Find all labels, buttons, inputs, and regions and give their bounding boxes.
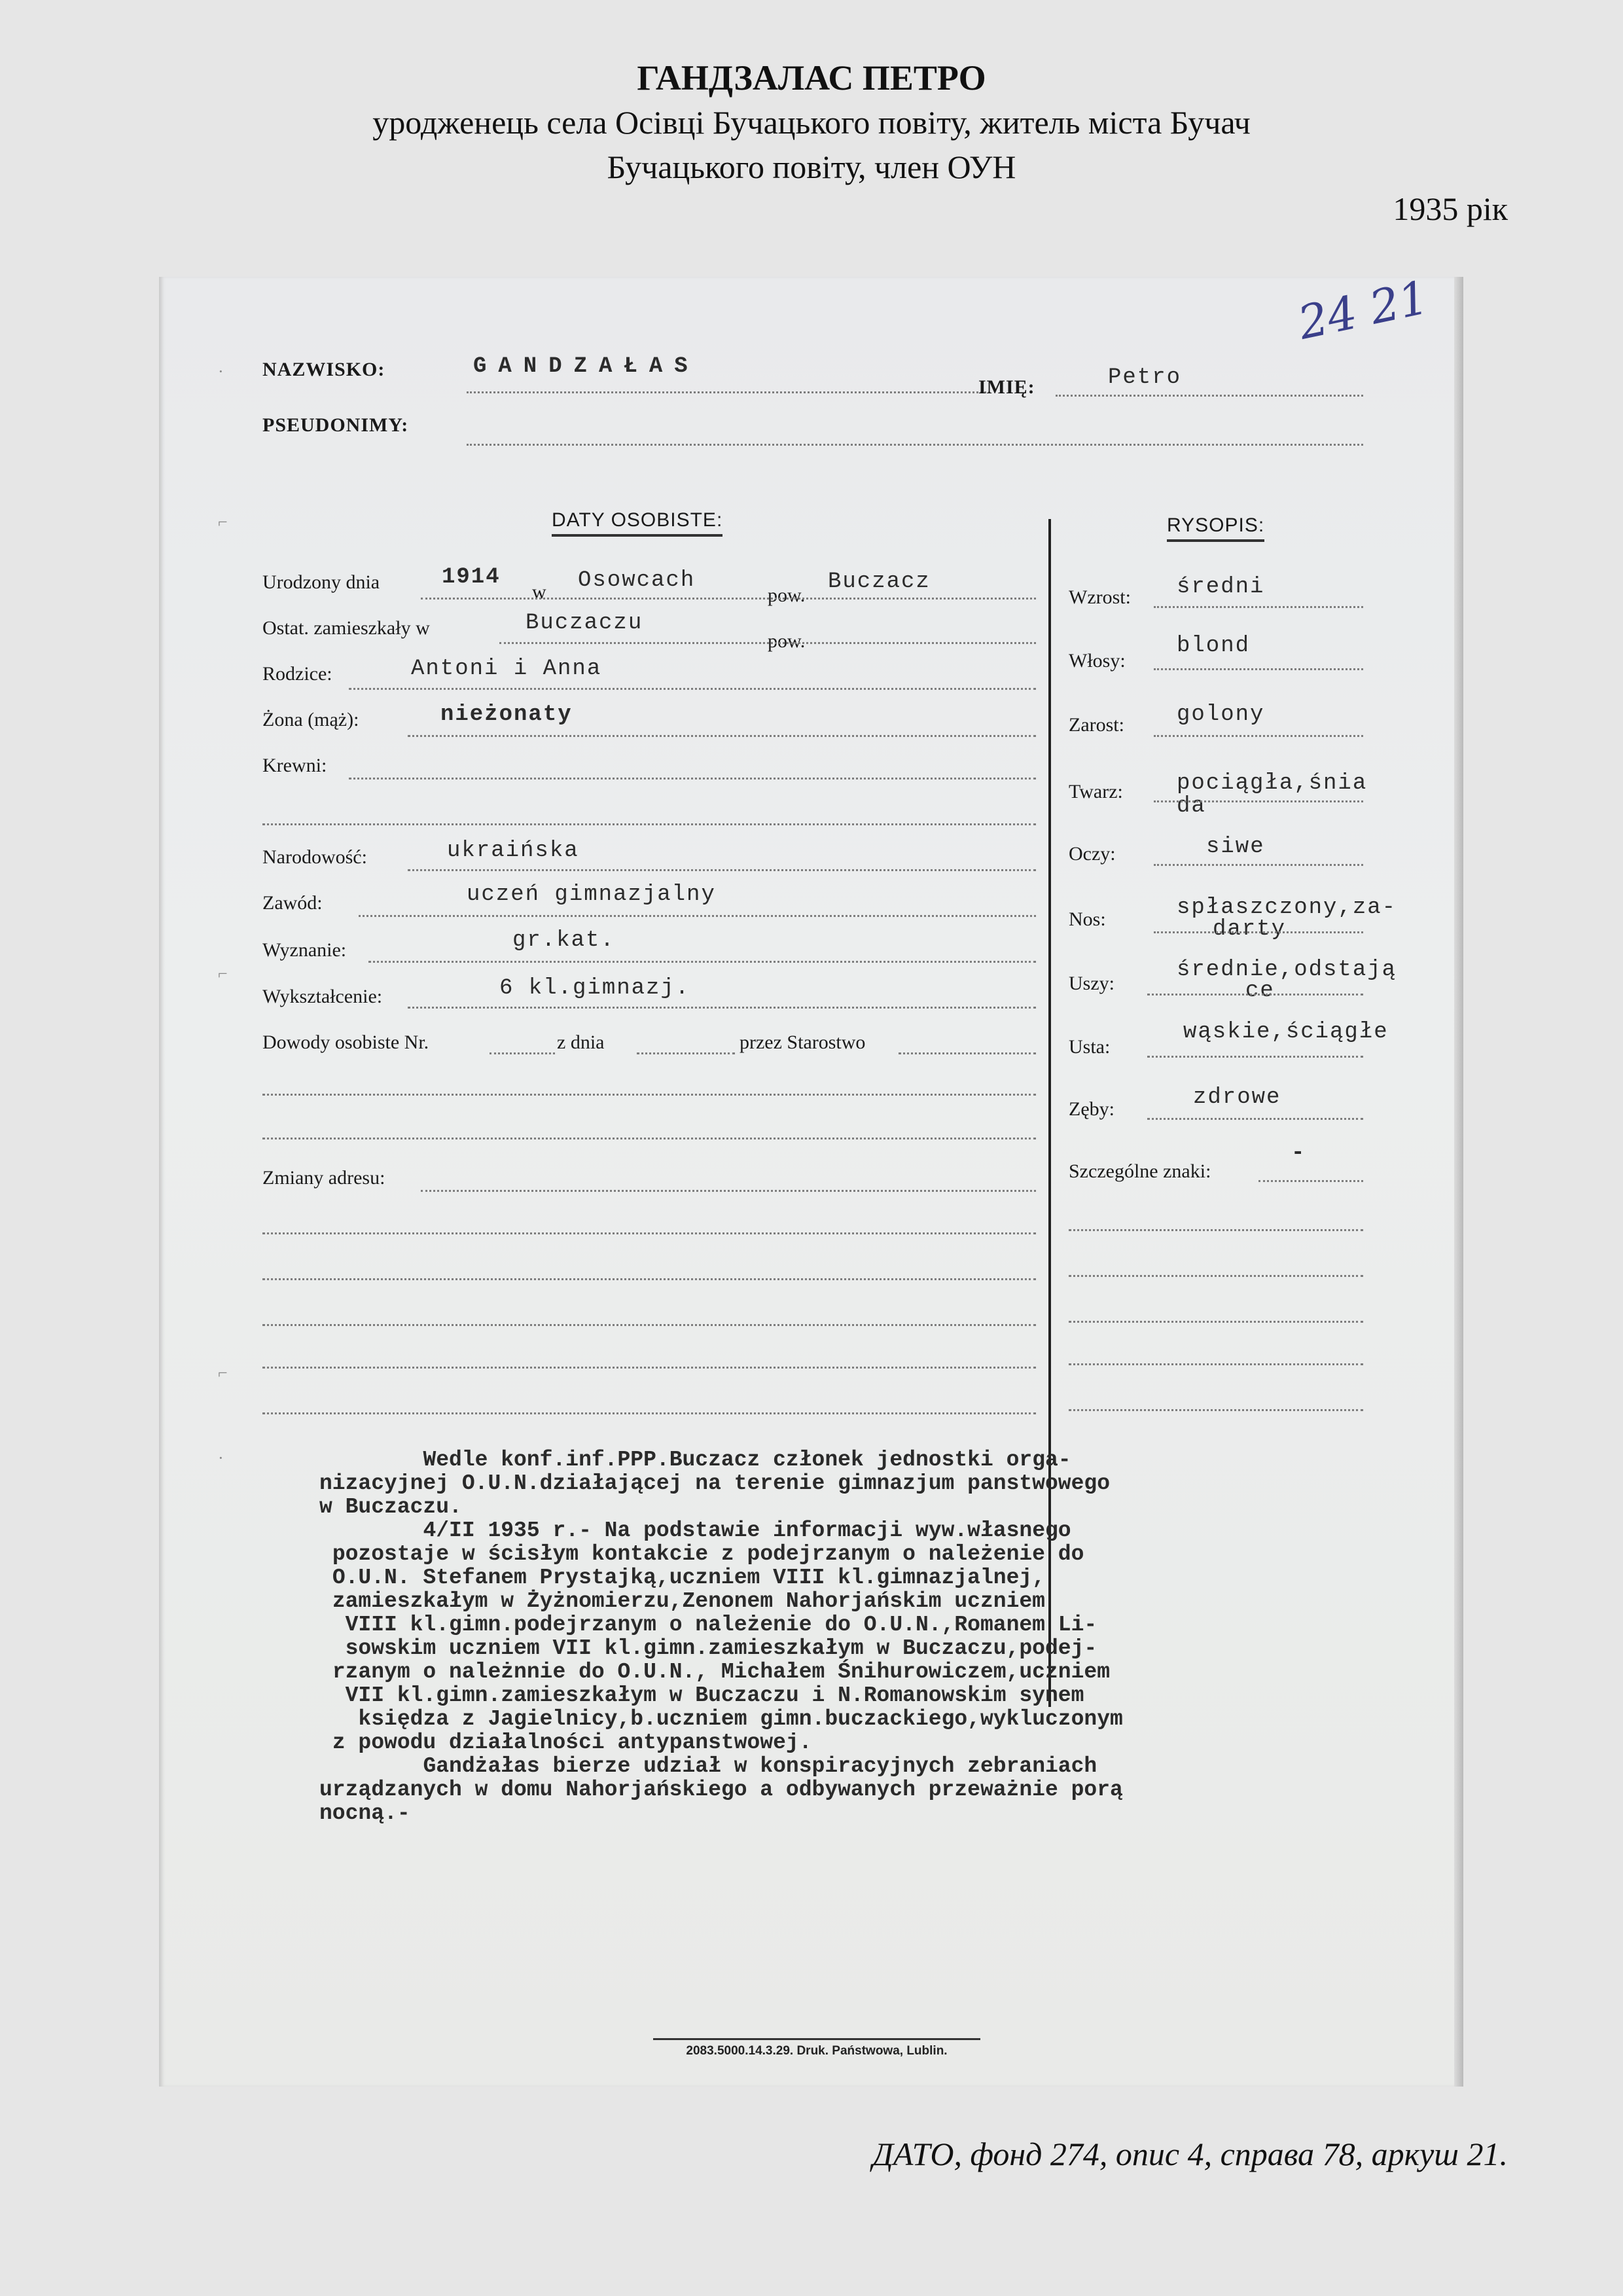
id-docs-date-label: z dnia (557, 1031, 604, 1054)
address-changes-label: Zmiany adresu: (262, 1167, 385, 1189)
description-heading: RYSOPIS: (1167, 514, 1264, 542)
id-docs-authority-line (899, 1052, 1036, 1054)
special-marks-line (1258, 1180, 1363, 1182)
personal-data-heading: DATY OSOBISTE: (552, 509, 722, 537)
born-in-label: w (532, 581, 546, 603)
punch-mark: ⌐ (218, 964, 228, 984)
pseudonyms-line (467, 444, 1363, 446)
id-docs-line-3 (262, 1138, 1036, 1139)
special-marks-label: Szczególne znaki: (1069, 1160, 1211, 1183)
born-label: Urodzony dnia (262, 571, 380, 594)
parents-label: Rodzice: (262, 663, 332, 685)
height-value: średni (1177, 575, 1264, 600)
facial-hair-value: golony (1177, 702, 1264, 727)
face-line (1154, 800, 1363, 802)
nose-value-line2: darty (1213, 917, 1286, 942)
mouth-line (1147, 1056, 1363, 1058)
special-marks-line-4 (1069, 1321, 1363, 1323)
nationality-value: ukraińska (447, 838, 579, 863)
teeth-value: zdrowe (1193, 1085, 1281, 1110)
eyes-value: siwe (1206, 834, 1265, 859)
id-docs-line-2 (262, 1094, 1036, 1096)
born-county-label: pow. (768, 584, 805, 607)
last-residence-label: Ostat. zamieszkały w (262, 617, 430, 639)
eyes-line (1154, 864, 1363, 866)
spouse-value: nieżonaty (440, 702, 573, 727)
ears-line (1147, 994, 1363, 996)
narrative-paragraph: 4/II 1935 r.- Na podstawie informacji wy… (319, 1519, 1353, 1755)
height-label: Wzrost: (1069, 586, 1131, 609)
religion-label: Wyznanie: (262, 939, 346, 961)
religion-line (368, 961, 1036, 963)
id-docs-authority-label: przez Starostwo (740, 1031, 865, 1054)
first-name-line (1056, 395, 1363, 397)
occupation-label: Zawód: (262, 892, 323, 914)
surname-label: NAZWISKO: (262, 359, 385, 381)
born-county-value: Buczacz (828, 569, 931, 594)
surname-value: GANDZAŁAS (473, 354, 700, 379)
nose-label: Nos: (1069, 908, 1106, 931)
id-docs-date-line (637, 1052, 735, 1054)
occupation-line (359, 915, 1036, 917)
special-marks-line-5 (1069, 1363, 1363, 1365)
first-name-label: IMIĘ: (978, 376, 1035, 399)
id-docs-label: Dowody osobiste Nr. (262, 1031, 429, 1054)
ears-value-line2: ce (1245, 978, 1275, 1003)
address-changes-line (421, 1190, 1036, 1192)
facial-hair-label: Zarost: (1069, 714, 1124, 736)
address-changes-line-5 (262, 1367, 1036, 1369)
nose-value-line1: spłaszczony,za- (1177, 895, 1397, 920)
address-changes-line-3 (262, 1278, 1036, 1280)
relatives-line (349, 778, 1036, 780)
scanned-registration-card: 24 21 · ⌐ ⌐ ⌐ · NAZWISKO: GANDZAŁAS IMIĘ… (159, 277, 1463, 2087)
born-value: 1914 (442, 565, 501, 590)
punch-mark: ⌐ (218, 512, 228, 532)
document-title: ГАНДЗАЛАС ПЕТРО (0, 58, 1623, 98)
nationality-label: Narodowość: (262, 846, 367, 869)
last-residence-county-label: pow. (768, 630, 805, 653)
face-label: Twarz: (1069, 781, 1123, 803)
relatives-label: Krewni: (262, 755, 327, 777)
hair-value: blond (1177, 634, 1250, 658)
narrative-paragraph: Gandżałas bierze udział w konspiracyjnyc… (319, 1755, 1353, 1825)
spouse-label: Żona (mąż): (262, 709, 359, 731)
archive-source-reference: ДАТО, фонд 274, опис 4, справа 78, аркуш… (872, 2135, 1508, 2173)
printer-imprint: 2083.5000.14.3.29. Druk. Państwowa, Lubl… (653, 2044, 980, 2058)
nose-line (1154, 931, 1363, 933)
special-marks-value: - (1291, 1141, 1306, 1166)
first-name-value: Petro (1108, 365, 1181, 390)
hair-line (1154, 668, 1363, 670)
typed-narrative: Wedle konf.inf.PPP.Buczacz członek jedno… (319, 1448, 1353, 1825)
mouth-value: wąskie,ściągłe (1183, 1020, 1389, 1045)
teeth-line (1147, 1118, 1363, 1120)
last-residence-value: Buczaczu (526, 611, 643, 636)
printer-rule (653, 2038, 980, 2040)
last-residence-line (499, 642, 1036, 644)
id-docs-number-line (490, 1052, 555, 1054)
born-line (421, 598, 1036, 600)
spouse-line (408, 735, 1036, 737)
education-value: 6 kl.gimnazj. (499, 976, 690, 1001)
education-line (408, 1007, 1036, 1009)
special-marks-line-2 (1069, 1229, 1363, 1231)
ears-label: Uszy: (1069, 973, 1115, 995)
hair-label: Włosy: (1069, 650, 1126, 672)
surname-line (467, 391, 990, 393)
punch-mark: ⌐ (218, 1363, 228, 1383)
born-in-value: Osowcach (578, 568, 695, 593)
pseudonyms-label: PSEUDONIMY: (262, 414, 408, 437)
document-subtitle-line2: Бучацького повіту, член ОУН (0, 148, 1623, 186)
ears-value-line1: średnie,odstają (1177, 958, 1397, 982)
eyes-label: Oczy: (1069, 843, 1116, 865)
face-value-line2: da (1177, 794, 1206, 819)
special-marks-line-6 (1069, 1409, 1363, 1411)
address-changes-line-2 (262, 1232, 1036, 1234)
height-line (1154, 606, 1363, 608)
teeth-label: Zęby: (1069, 1098, 1115, 1121)
document-year: 1935 рік (1393, 190, 1508, 228)
special-marks-line-3 (1069, 1275, 1363, 1277)
card-edge (1454, 277, 1463, 2087)
nationality-line (408, 869, 1036, 871)
mouth-label: Usta: (1069, 1036, 1110, 1058)
face-value-line1: pociągła,śnia (1177, 771, 1367, 796)
narrative-paragraph: Wedle konf.inf.PPP.Buczacz członek jedno… (319, 1448, 1353, 1519)
address-changes-line-6 (262, 1412, 1036, 1414)
religion-value: gr.kat. (512, 928, 615, 953)
occupation-value: uczeń gimnazjalny (467, 882, 716, 907)
education-label: Wykształcenie: (262, 986, 382, 1008)
relatives-line-2 (262, 823, 1036, 825)
punch-mark: · (218, 362, 224, 382)
parents-value: Antoni i Anna (411, 656, 601, 681)
punch-mark: · (218, 1448, 224, 1468)
parents-line (349, 688, 1036, 690)
facial-hair-line (1154, 735, 1363, 737)
handwritten-folio-number: 24 21 (1294, 270, 1433, 350)
address-changes-line-4 (262, 1324, 1036, 1326)
document-subtitle-line1: уродженець села Осівці Бучацького повіту… (0, 103, 1623, 141)
